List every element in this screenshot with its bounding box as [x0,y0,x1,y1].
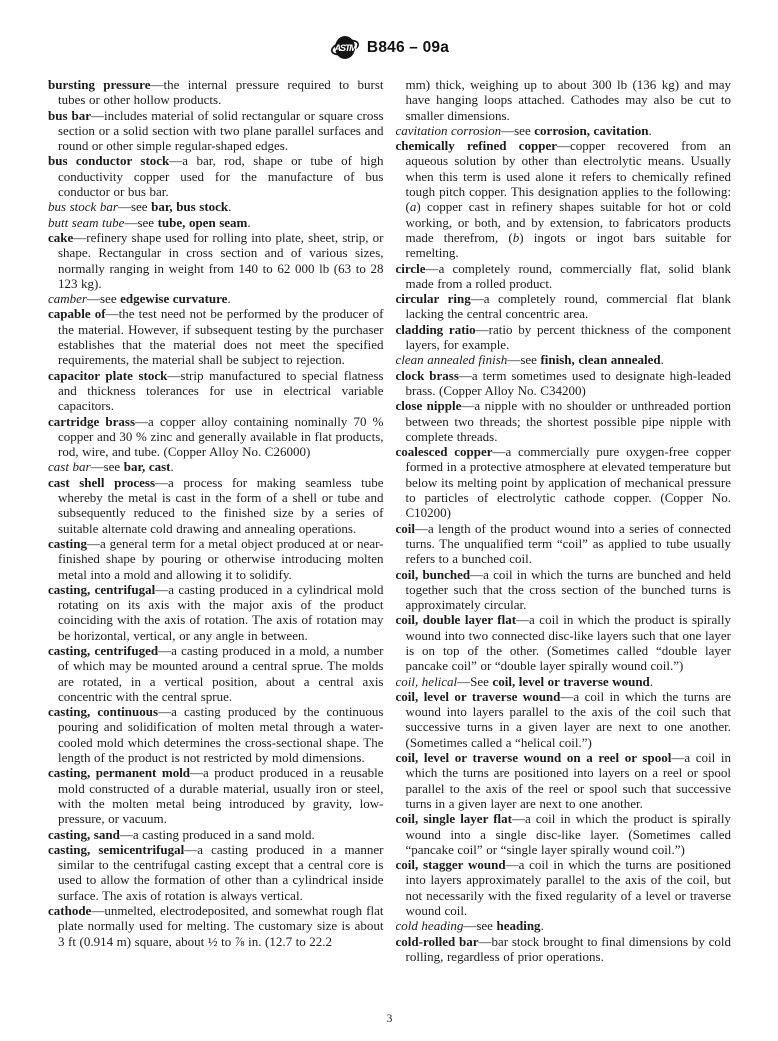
definition-entry: coil, stagger wound—a coil in which the … [396,857,732,918]
definition-term: chemically refined copper [396,138,558,153]
definition-term: coil, single layer flat [396,811,512,826]
definition-entry: casting, centrifugal—a casting produced … [48,582,384,643]
definition-term: coil, bunched [396,567,471,582]
definition-text: —the test need not be performed by the p… [58,306,384,367]
definition-entry: cartridge brass—a copper alloy containin… [48,414,384,460]
definition-term: bursting pressure [48,77,151,92]
document-page: ASTM B846 – 09a bursting pressure—the in… [0,0,778,1041]
definition-term: casting, permanent mold [48,765,190,780]
definition-entry: casting, continuous—a casting produced b… [48,704,384,765]
definition-term: capacitor plate stock [48,368,167,383]
definition-text: edgewise curvature [120,291,227,306]
definition-entry: cavitation corrosion—see corrosion, cavi… [396,123,732,138]
definition-entry: casting, centrifuged—a casting produced … [48,643,384,704]
definition-entry: butt seam tube—see tube, open seam. [48,215,384,230]
column-right: mm) thick, weighing up to about 300 lb (… [396,77,732,964]
definition-text: —includes material of solid rectangular … [58,108,384,154]
definition-term: cast shell process [48,475,155,490]
definition-text: . [648,123,651,138]
definition-term: cake [48,230,73,245]
definition-term: coil, level or traverse wound on a reel … [396,750,672,765]
definition-text: coil, level or traverse wound [493,674,650,689]
definition-term: cold-rolled bar [396,934,479,949]
definition-entry: close nipple—a nipple with no shoulder o… [396,398,732,444]
definition-text: . [661,352,664,367]
definition-text: —see [91,459,124,474]
column-left: bursting pressure—the internal pressure … [48,77,384,949]
definition-entry: coil, helical—See coil, level or travers… [396,674,732,689]
definition-term: circle [396,261,426,276]
definition-entry: cast bar—see bar, cast. [48,459,384,474]
definition-term: casting [48,536,87,551]
definition-term: close nipple [396,398,462,413]
definition-text: . [650,674,653,689]
definition-text: —a completely round, commercially flat, … [406,261,732,291]
definition-text: heading [496,918,540,933]
definition-text: . [170,459,173,474]
definition-term: casting, continuous [48,704,158,719]
definition-entry: coil, double layer flat—a coil in which … [396,612,732,673]
document-header: ASTM B846 – 09a [48,34,731,61]
page-footer: 3 [48,999,731,1041]
definition-entry: coil, level or traverse wound on a reel … [396,750,732,811]
definition-text: corrosion, cavitation [534,123,648,138]
definition-term: capable of [48,306,106,321]
definition-entry: cake—refinery shape used for rolling int… [48,230,384,291]
definition-text: —see [501,123,534,138]
definition-entry: capable of—the test need not be performe… [48,306,384,367]
definition-term: coil, helical [396,674,458,689]
definition-term: coalesced copper [396,444,493,459]
definition-term: cavitation corrosion [396,123,502,138]
definition-term: casting, semicentrifugal [48,842,184,857]
definition-text: —a length of the product wound into a se… [406,521,732,567]
definition-entry: cold heading—see heading. [396,918,732,933]
definition-text: bar, bus stock [151,199,228,214]
definition-term: cathode [48,903,91,918]
definition-term: bus bar [48,108,91,123]
definition-text: —a general term for a metal object produ… [58,536,384,582]
definition-entry: coil, bunched—a coil in which the turns … [396,567,732,613]
definition-text: —see [87,291,120,306]
definition-term: clean annealed finish [396,352,508,367]
definition-term: camber [48,291,87,306]
definition-term: coil, stagger wound [396,857,506,872]
definition-text: —unmelted, electrodeposited, and somewha… [58,903,384,949]
definition-entry: bursting pressure—the internal pressure … [48,77,384,108]
definition-entry: casting, sand—a casting produced in a sa… [48,827,384,842]
definition-term: cast bar [48,459,91,474]
definition-entry: coil, level or traverse wound—a coil in … [396,689,732,750]
definition-entry: cold-rolled bar—bar stock brought to fin… [396,934,732,965]
definition-term: cartridge brass [48,414,135,429]
svg-text:ASTM: ASTM [333,43,358,54]
definition-entry: chemically refined copper—copper recover… [396,138,732,260]
definition-text: bar, cast [124,459,171,474]
definition-entry: cladding ratio—ratio by percent thicknes… [396,322,732,353]
definition-text: —refinery shape used for rolling into pl… [58,230,384,291]
definition-text: —see [463,918,496,933]
definition-entry: capacitor plate stock—strip manufactured… [48,368,384,414]
definition-entry: bus stock bar—see bar, bus stock. [48,199,384,214]
definition-text: —see [124,215,157,230]
definition-text: . [247,215,250,230]
astm-logo-icon: ASTM [330,34,360,61]
definition-text: . [227,291,230,306]
definition-term: coil, level or traverse wound [396,689,561,704]
definition-term: clock brass [396,368,459,383]
definition-text: —see [118,199,151,214]
definition-columns: bursting pressure—the internal pressure … [48,77,731,999]
definition-term: cold heading [396,918,464,933]
definition-text: . [228,199,231,214]
definition-entry: clean annealed finish—see finish, clean … [396,352,732,367]
definition-continuation: mm) thick, weighing up to about 300 lb (… [396,77,732,123]
definition-entry: cast shell process—a process for making … [48,475,384,536]
page-number: 3 [387,1013,393,1025]
definition-term: casting, centrifugal [48,582,155,597]
definition-term: bus stock bar [48,199,118,214]
definition-entry: camber—see edgewise curvature. [48,291,384,306]
definition-text: —See [457,674,492,689]
standard-designation: B846 – 09a [367,39,449,57]
definition-entry: clock brass—a term sometimes used to des… [396,368,732,399]
definition-entry: cathode—unmelted, electrodeposited, and … [48,903,384,949]
definition-entry: casting, semicentrifugal—a casting produ… [48,842,384,903]
definition-text: —see [507,352,540,367]
definition-entry: casting—a general term for a metal objec… [48,536,384,582]
definition-entry: bus bar—includes material of solid recta… [48,108,384,154]
definition-term: casting, centrifuged [48,643,158,658]
definition-text: finish, clean annealed [540,352,660,367]
definition-text: —a casting produced in a sand mold. [120,827,315,842]
definition-entry: coil, single layer flat—a coil in which … [396,811,732,857]
definition-term: bus conductor stock [48,153,169,168]
definition-term: coil, double layer flat [396,612,517,627]
definition-entry: circle—a completely round, commercially … [396,261,732,292]
definition-entry: coil—a length of the product wound into … [396,521,732,567]
definition-term: circular ring [396,291,471,306]
definition-term: casting, sand [48,827,120,842]
definition-entry: casting, permanent mold—a product produc… [48,765,384,826]
definition-entry: bus conductor stock—a bar, rod, shape or… [48,153,384,199]
definition-term: coil [396,521,416,536]
definition-term: butt seam tube [48,215,124,230]
definition-text: . [541,918,544,933]
definition-term: cladding ratio [396,322,476,337]
definition-entry: circular ring—a completely round, commer… [396,291,732,322]
definition-text: tube, open seam [158,215,248,230]
definition-entry: coalesced copper—a commercially pure oxy… [396,444,732,520]
definition-text: mm) thick, weighing up to about 300 lb (… [406,77,732,123]
